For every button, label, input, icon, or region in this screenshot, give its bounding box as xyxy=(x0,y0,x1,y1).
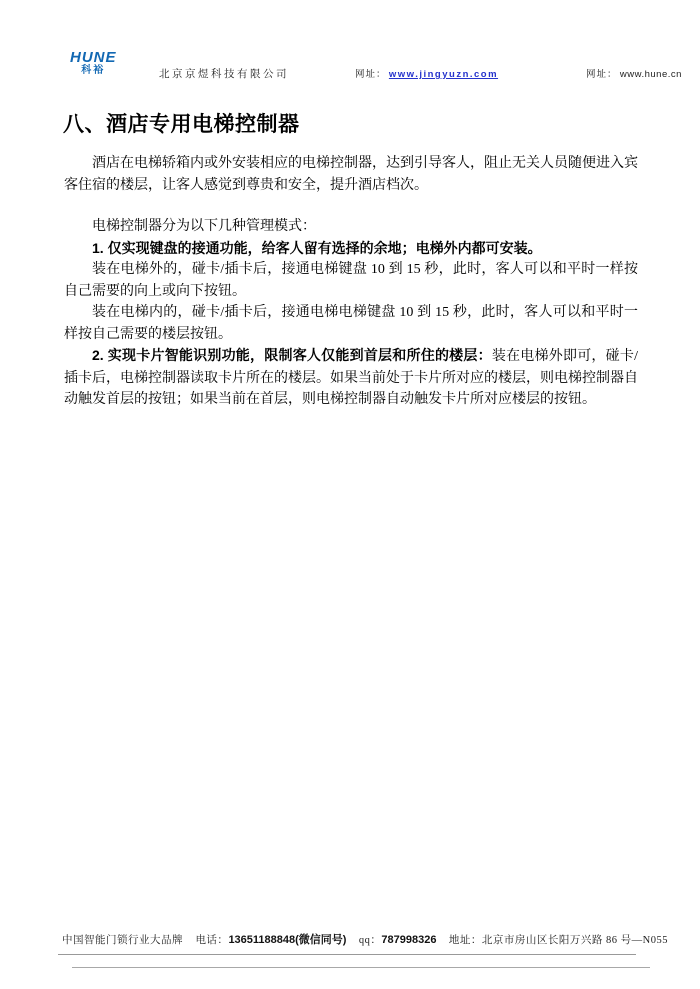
mode1-heading: 1. 仅实现键盘的接通功能，给客人留有选择的余地；电梯外内都可安装。 xyxy=(64,238,638,260)
jingyuzn-link[interactable]: www.jingyuzn.com xyxy=(389,69,498,80)
hune-logo-wordmark: HUNE xyxy=(70,51,117,65)
address-text: 北京市房山区长阳万兴路 86 号—N055 xyxy=(482,935,668,946)
address-label: 地址： xyxy=(449,935,482,946)
modes-heading: 电梯控制器分为以下几种管理模式： xyxy=(64,216,638,238)
company-name: 北京京煜科技有限公司 xyxy=(159,66,289,81)
document-page: { "colors": { "logo_blue": "#1268b3", "l… xyxy=(0,0,700,989)
mode2-paragraph: 2. 实现卡片智能识别功能，限制客人仅能到首层和所住的楼层：装在电梯外即可，碰卡… xyxy=(64,345,638,411)
phone-label: 电话： xyxy=(195,935,228,946)
bottom-divider-line-1 xyxy=(58,954,636,955)
website-label: 网址： xyxy=(355,70,387,80)
page-title: 八、酒店专用电梯控制器 xyxy=(63,108,300,138)
qq-label: qq： xyxy=(359,935,382,946)
page-footer: 中国智能门锁行业大品牌 电话：13651188848(微信同号) qq：7879… xyxy=(62,931,668,947)
mode2-heading: 2. 实现卡片智能识别功能，限制客人仅能到首层和所住的楼层： xyxy=(92,347,492,363)
website-group-hune: 网址： www.hune.cn xyxy=(586,66,682,80)
phone-number: 13651188848(微信同号) xyxy=(228,934,346,946)
hune-logo-chinese: 科裕 xyxy=(70,65,117,77)
qq-number: 787998326 xyxy=(381,934,436,946)
footer-qq: qq：787998326 xyxy=(359,932,437,947)
hune-url-text: www.hune.cn xyxy=(620,69,682,80)
footer-brand-slogan: 中国智能门锁行业大品牌 xyxy=(62,932,183,947)
hune-logo: HUNE 科裕 xyxy=(70,51,117,77)
intro-paragraph: 酒店在电梯轿箱内或外安装相应的电梯控制器，达到引导客人，阻止无关人员随便进入宾客… xyxy=(64,153,638,197)
website-group-jingyuzn: 网址： www.jingyuzn.com xyxy=(355,66,498,80)
bottom-divider-line-2 xyxy=(72,967,650,968)
footer-address: 地址：北京市房山区长阳万兴路 86 号—N055 xyxy=(449,932,668,947)
document-body: 酒店在电梯轿箱内或外安装相应的电梯控制器，达到引导客人，阻止无关人员随便进入宾客… xyxy=(64,153,638,411)
mode1-outside-paragraph: 装在电梯外的，碰卡/插卡后，接通电梯键盘 10 到 15 秒，此时，客人可以和平… xyxy=(64,259,638,302)
mode1-inside-paragraph: 装在电梯内的，碰卡/插卡后，接通电梯电梯键盘 10 到 15 秒，此时，客人可以… xyxy=(64,302,638,345)
website-label-2: 网址： xyxy=(586,70,618,80)
footer-phone: 电话：13651188848(微信同号) xyxy=(195,931,346,947)
